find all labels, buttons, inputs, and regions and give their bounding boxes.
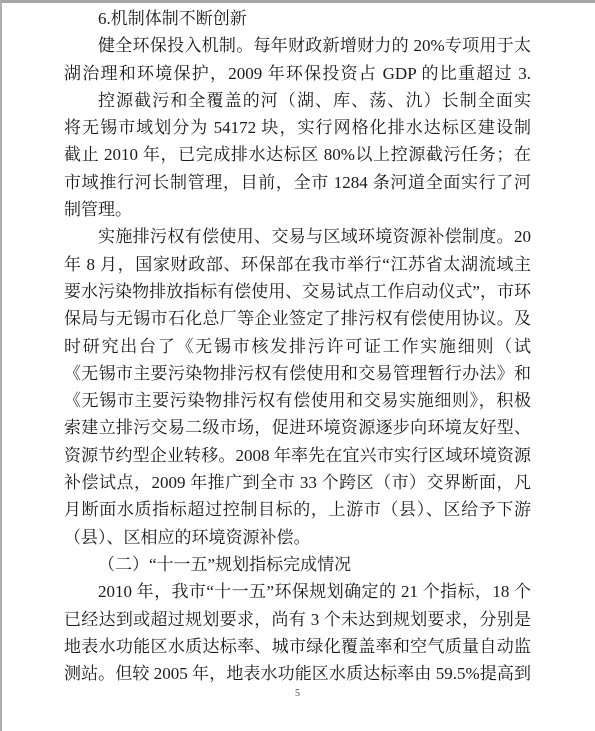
text-line: 实施排污权有偿使用、交易与区域环境资源补偿制度。2008 — [64, 223, 531, 250]
text-line: 年 8 月，国家财政部、环保部在我市举行“江苏省太湖流域主 — [64, 251, 531, 278]
text-line: 湖治理和环境保护，2009 年环保投资占 GDP 的比重超过 3.5%。 — [64, 60, 531, 87]
text-line: 要水污染物排放指标有偿使用、交易试点工作启动仪式”，市环 — [64, 278, 531, 305]
page-left-edge — [0, 0, 2, 731]
text-line: 月断面水质指标超过控制目标的，上游市（县）、区给予下游市 — [64, 496, 531, 523]
text-line: （县）、区相应的环境资源补偿。 — [64, 524, 531, 551]
text-line: 控源截污和全覆盖的河（湖、库、荡、氿）长制全面实施。 — [64, 87, 531, 114]
text-line: 2010 年，我市“十一五”环保规划确定的 21 个指标，18 个 — [64, 578, 531, 605]
page-number: 5 — [0, 688, 595, 699]
text-line: 资源节约型企业转移。2008 年率先在宜兴市实行区域环境资源 — [64, 442, 531, 469]
text-line: 索建立排污交易二级市场，促进环境资源逐步向环境友好型、 — [64, 414, 531, 441]
text-line: 健全环保投入机制。每年财政新增财力的 20%专项用于太 — [64, 32, 531, 59]
text-line: 时研究出台了《无锡市核发排污许可证工作实施细则（试行）》、 — [64, 333, 531, 360]
text-line: 截止 2010 年，已完成排水达标区 80%以上控源截污任务；在全 — [64, 141, 531, 168]
text-line: 《无锡市主要污染物排污权有偿使用和交易管理暂行办法》和 — [64, 360, 531, 387]
text-line: 《无锡市主要污染物排污权有偿使用和交易实施细则》，积极探 — [64, 387, 531, 414]
text-line: 已经达到或超过规划要求，尚有 3 个未达到规划要求，分别是 — [64, 606, 531, 633]
text-line: 测站。但较 2005 年，地表水功能区水质达标率由 59.5%提高到 — [64, 660, 531, 687]
heading-section-2: （二）“十一五”规划指标完成情况 — [64, 551, 531, 578]
page-top-edge — [0, 0, 595, 3]
text-line: 地表水功能区水质达标率、城市绿化覆盖率和空气质量自动监 — [64, 633, 531, 660]
heading-section-6: 6.机制体制不断创新 — [64, 5, 531, 32]
text-line: 补偿试点，2009 年推广到全市 33 个跨区（市）交界断面，凡当 — [64, 469, 531, 496]
text-line: 将无锡市域划分为 54172 块，实行网格化排水达标区建设制度， — [64, 114, 531, 141]
text-line: 市域推行河长制管理，目前，全市 1284 条河道全面实行了河长 — [64, 169, 531, 196]
document-text-block: 6.机制体制不断创新 健全环保投入机制。每年财政新增财力的 20%专项用于太 湖… — [64, 5, 531, 687]
text-line: 保局与无锡市石化总厂等企业签定了排污权有偿使用协议。及 — [64, 305, 531, 332]
text-line: 制管理。 — [64, 196, 531, 223]
